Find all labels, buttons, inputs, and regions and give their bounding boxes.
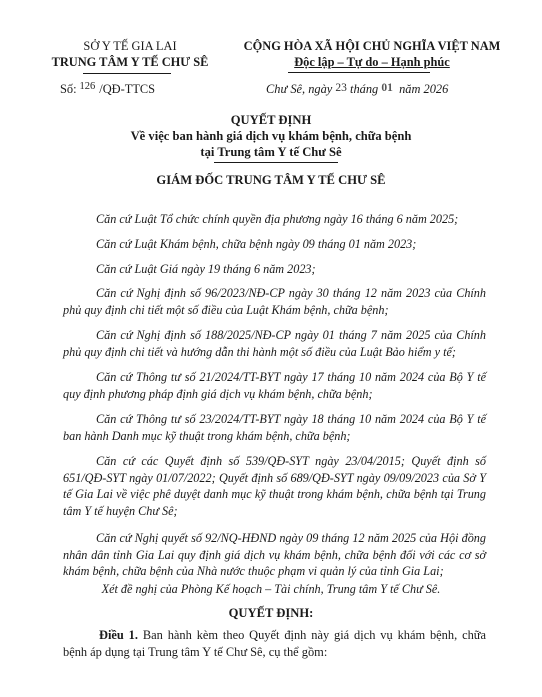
number-value: 126 (80, 81, 96, 92)
article-1: Điều 1. Ban hành kèm theo Quyết định này… (63, 627, 486, 661)
decision-subject-line1: Về việc ban hành giá dịch vụ khám bệnh, … (0, 128, 542, 144)
motto-underline (288, 72, 430, 73)
decision-section-heading: QUYẾT ĐỊNH: (0, 606, 542, 621)
agency-underline (83, 73, 171, 74)
date-place-label: Chư Sê, ngày (266, 82, 332, 96)
date-month-label: tháng (350, 82, 378, 96)
document-number: Số:126/QĐ-TTCS (60, 82, 155, 97)
legal-basis-6: Căn cứ Thông tư số 21/2024/TT-BYT ngày 1… (63, 369, 486, 402)
issuing-unit: TRUNG TÂM Y TẾ CHƯ SÊ (40, 54, 220, 70)
date-day: 23 (335, 82, 347, 94)
number-suffix: /QĐ-TTCS (99, 82, 155, 96)
legal-basis-8: Căn cứ các Quyết định số 539/QĐ-SYT ngày… (63, 453, 486, 519)
national-motto: Độc lập – Tự do – Hạnh phúc (232, 54, 512, 70)
parent-agency: SỞ Y TẾ GIA LAI (40, 38, 220, 54)
legal-basis-7: Căn cứ Thông tư số 23/2024/TT-BYT ngày 1… (63, 411, 486, 444)
date-year: năm 2026 (399, 82, 448, 96)
legal-basis-5: Căn cứ Nghị định số 188/2025/NĐ-CP ngày … (63, 327, 486, 360)
national-title-block: CỘNG HÒA XÃ HỘI CHỦ NGHĨA VIỆT NAM Độc l… (232, 38, 512, 70)
date-month: 01 (381, 82, 393, 94)
country-name: CỘNG HÒA XÃ HỘI CHỦ NGHĨA VIỆT NAM (232, 38, 512, 54)
issuing-agency-block: SỞ Y TẾ GIA LAI TRUNG TÂM Y TẾ CHƯ SÊ (40, 38, 220, 70)
decision-title: QUYẾT ĐỊNH Về việc ban hành giá dịch vụ … (0, 112, 542, 160)
title-underline (214, 162, 338, 163)
decision-subject-line2: tại Trung tâm Y tế Chư Sê (0, 144, 542, 160)
date-location: Chư Sê, ngày 23 tháng 01 năm 2026 (266, 82, 448, 97)
proposal-line: Xét đề nghị của Phòng Kế hoạch – Tài chí… (0, 582, 542, 597)
article-1-label: Điều 1. (99, 628, 138, 642)
legal-basis-1: Căn cứ Luật Tổ chức chính quyền địa phươ… (63, 211, 486, 228)
legal-basis-3: Căn cứ Luật Giá ngày 19 tháng 6 năm 2023… (63, 261, 486, 278)
legal-basis-4: Căn cứ Nghị định số 96/2023/NĐ-CP ngày 3… (63, 285, 486, 318)
number-prefix: Số: (60, 82, 77, 96)
issuer-title: GIÁM ĐỐC TRUNG TÂM Y TẾ CHƯ SÊ (0, 173, 542, 188)
legal-basis-9: Căn cứ Nghị quyết số 92/NQ-HĐND ngày 09 … (63, 530, 486, 580)
decision-heading: QUYẾT ĐỊNH (0, 112, 542, 128)
legal-basis-2: Căn cứ Luật Khám bệnh, chữa bệnh ngày 09… (63, 236, 486, 253)
